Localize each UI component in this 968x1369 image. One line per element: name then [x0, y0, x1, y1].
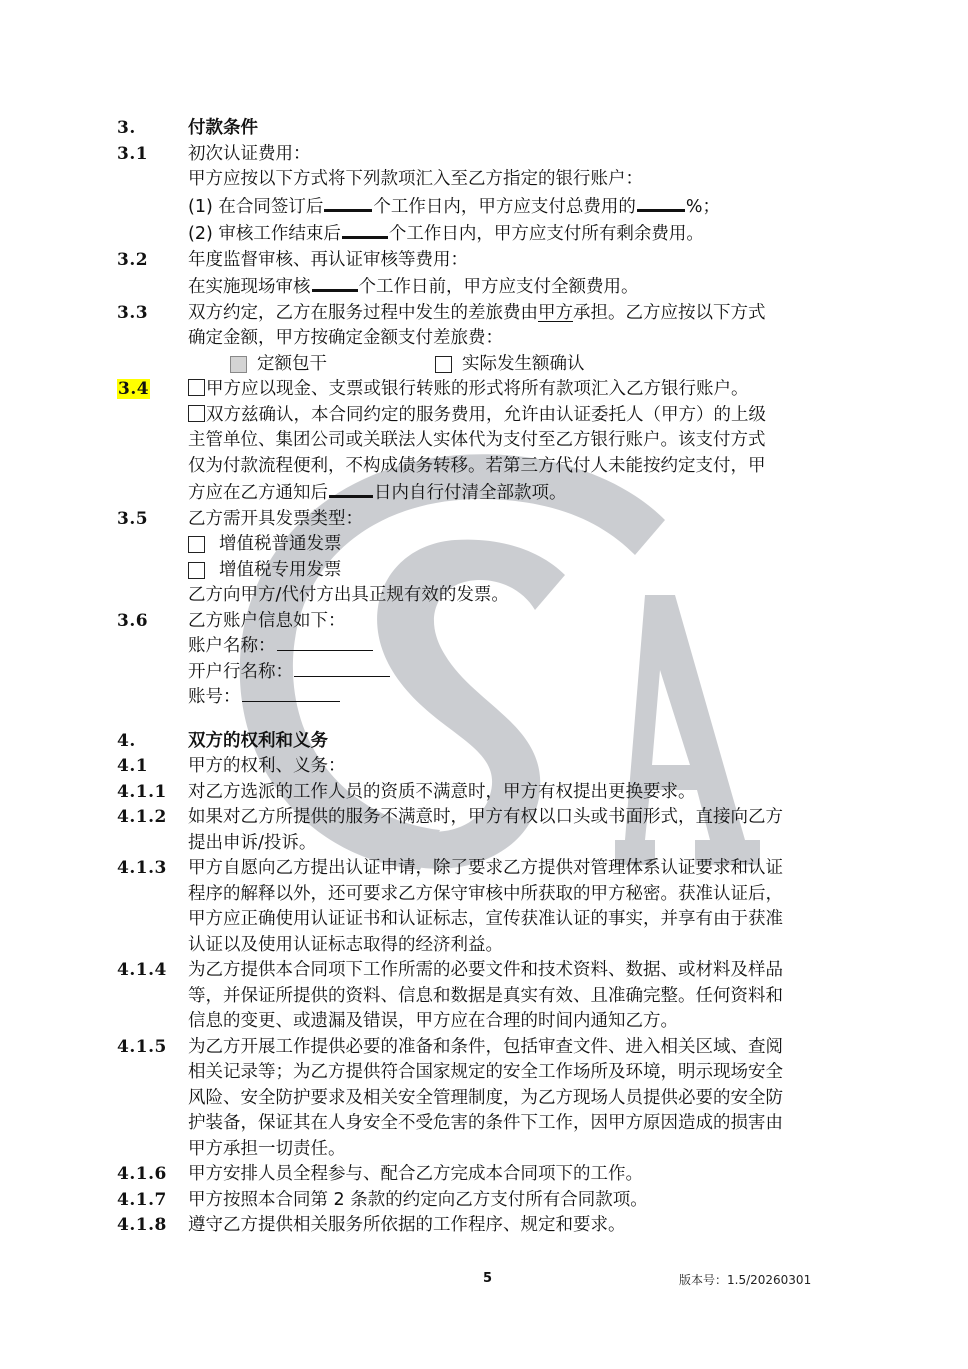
clause-text: 甲方安排人员全程参与、配合乙方完成本合同项下的工作。	[188, 1162, 857, 1188]
clause-number: 3.2	[117, 248, 188, 274]
list-item-continuation: 甲方应正确使用认证证书和认证标志，宣传获准认证的事实，并享有由于获准	[117, 907, 857, 933]
version-number: 版本号：1.5/20260301	[679, 1271, 811, 1288]
clause-text: 认证以及使用认证标志取得的经济利益。	[188, 933, 857, 959]
clause-number: 3.1	[117, 142, 188, 168]
clause-text: 风险、安全防护要求及相关安全管理制度，为乙方现场人员提供必要的安全防	[188, 1086, 857, 1112]
account-number-row: 账号：	[117, 685, 857, 711]
clause-3-5-note: 乙方向甲方/代付方出具正规有效的发票。	[117, 583, 857, 609]
clause-text: 遵守乙方提供相关服务所依据的工作程序、规定和要求。	[188, 1213, 857, 1239]
page-number: 5	[483, 1271, 492, 1286]
clause-number: 4.1.4	[117, 958, 188, 984]
clause-text: 信息的变更、或遗漏及错误，甲方应在合理的时间内通知乙方。	[188, 1009, 857, 1035]
clause-3-1-item-1: (1) 在合同签订后个工作日内，甲方应支付总费用的%；	[117, 193, 857, 221]
list-item-continuation: 风险、安全防护要求及相关安全管理制度，为乙方现场人员提供必要的安全防	[117, 1086, 857, 1112]
checkbox-icon[interactable]	[435, 356, 452, 373]
list-item-continuation: 护装备，保证其在人身安全不受危害的条件下工作，因甲方原因造成的损害由	[117, 1111, 857, 1137]
clause-3-3-line-2: 确定金额，甲方按确定金额支付差旅费：	[117, 326, 857, 352]
clause-3-1-intro: 甲方应按以下方式将下列款项汇入至乙方指定的银行账户：	[117, 167, 857, 193]
invoice-option-general[interactable]: 增值税普通发票	[117, 532, 857, 558]
clause-3-4-line: 方应在乙方通知后日内自行付清全部款项。	[117, 479, 857, 507]
blank-days-field[interactable]	[312, 273, 358, 292]
clause-3-4-option-2: 双方兹确认，本合同约定的服务费用，允许由认证委托人（甲方）的上级	[117, 403, 857, 429]
list-item-continuation: 等，并保证所提供的资料、信息和数据是真实有效、且准确完整。任何资料和	[117, 984, 857, 1010]
clause-3-1-item-2: (2) 审核工作结束后个工作日内，甲方应支付所有剩余费用。	[117, 220, 857, 248]
clause-number: 3.5	[117, 507, 188, 533]
document-body: 3. 付款条件 3.1 初次认证费用： 甲方应按以下方式将下列款项汇入至乙方指定…	[117, 116, 857, 1239]
clause-3-1: 3.1 初次认证费用：	[117, 142, 857, 168]
checkbox-icon[interactable]	[188, 405, 205, 422]
clause-text: 甲方自愿向乙方提出认证申请，除了要求乙方提供对管理体系认证要求和认证	[188, 856, 857, 882]
bank-name-field[interactable]	[294, 660, 390, 677]
clause-number: 4.1.6	[117, 1162, 188, 1188]
blank-days-field[interactable]	[324, 193, 372, 212]
clause-text: 等，并保证所提供的资料、信息和数据是真实有效、且准确完整。任何资料和	[188, 984, 857, 1010]
list-item: 4.1.6甲方安排人员全程参与、配合乙方完成本合同项下的工作。	[117, 1162, 857, 1188]
clause-number: 4.1.1	[117, 780, 188, 806]
clause-text: 如果对乙方所提供的服务不满意时，甲方有权以口头或书面形式，直接向乙方	[188, 805, 857, 831]
clause-text: 相关记录等；为乙方提供符合国家规定的安全工作场所及环境，明示现场安全	[188, 1060, 857, 1086]
list-item-continuation: 信息的变更、或遗漏及错误，甲方应在合理的时间内通知乙方。	[117, 1009, 857, 1035]
list-item: 4.1.3甲方自愿向乙方提出认证申请，除了要求乙方提供对管理体系认证要求和认证	[117, 856, 857, 882]
clause-number: 4.1.5	[117, 1035, 188, 1061]
clause-text: 提出申诉/投诉。	[188, 831, 857, 857]
section-title: 双方的权利和义务	[188, 729, 857, 755]
clause-4-1-items: 4.1.1对乙方选派的工作人员的资质不满意时，甲方有权提出更换要求。4.1.2如…	[117, 780, 857, 1239]
account-number-field[interactable]	[242, 685, 340, 702]
clause-number: 4.1	[117, 754, 188, 780]
clause-text: 对乙方选派的工作人员的资质不满意时，甲方有权提出更换要求。	[188, 780, 857, 806]
list-item-continuation: 相关记录等；为乙方提供符合国家规定的安全工作场所及环境，明示现场安全	[117, 1060, 857, 1086]
blank-days-field[interactable]	[342, 220, 388, 239]
clause-text: 护装备，保证其在人身安全不受危害的条件下工作，因甲方原因造成的损害由	[188, 1111, 857, 1137]
list-item: 4.1.7甲方按照本合同第 2 条款的约定向乙方支付所有合同款项。	[117, 1188, 857, 1214]
invoice-option-special[interactable]: 增值税专用发票	[117, 558, 857, 584]
clause-title: 乙方账户信息如下：	[188, 609, 857, 635]
list-item-continuation: 甲方承担一切责任。	[117, 1137, 857, 1163]
clause-title: 甲方的权利、义务：	[188, 754, 857, 780]
clause-3-4: 3.4 甲方应以现金、支票或银行转账的形式将所有款项汇入乙方银行账户。	[117, 377, 857, 403]
clause-text: 为乙方提供本合同项下工作所需的必要文件和技术资料、数据、或材料及样品	[188, 958, 857, 984]
clause-number: 3.6	[117, 609, 188, 635]
clause-3-5: 3.5 乙方需开具发票类型：	[117, 507, 857, 533]
section-title: 付款条件	[188, 116, 857, 142]
responsible-party: 甲方	[538, 303, 573, 323]
clause-title: 年度监督审核、再认证审核等费用：	[188, 248, 857, 274]
list-item: 4.1.5为乙方开展工作提供必要的准备和条件，包括审查文件、进入相关区域、查阅	[117, 1035, 857, 1061]
clause-text: 甲方按照本合同第 2 条款的约定向乙方支付所有合同款项。	[188, 1188, 857, 1214]
clause-3-3: 3.3 双方约定，乙方在服务过程中发生的差旅费由甲方承担。乙方应按以下方式	[117, 301, 857, 327]
checkbox-icon[interactable]	[188, 562, 205, 579]
clause-number: 4.1.2	[117, 805, 188, 831]
document-page: 3. 付款条件 3.1 初次认证费用： 甲方应按以下方式将下列款项汇入至乙方指定…	[0, 0, 968, 1369]
clause-text: 为乙方开展工作提供必要的准备和条件，包括审查文件、进入相关区域、查阅	[188, 1035, 857, 1061]
clause-title: 乙方需开具发票类型：	[188, 507, 857, 533]
clause-3-6: 3.6 乙方账户信息如下：	[117, 609, 857, 635]
clause-text: 程序的解释以外，还可要求乙方保守审核中所获取的甲方秘密。获准认证后，	[188, 882, 857, 908]
checkbox-icon[interactable]	[188, 379, 205, 396]
list-item-continuation: 提出申诉/投诉。	[117, 831, 857, 857]
list-item: 4.1.4为乙方提供本合同项下工作所需的必要文件和技术资料、数据、或材料及样品	[117, 958, 857, 984]
clause-3-2: 3.2 年度监督审核、再认证审核等费用：	[117, 248, 857, 274]
clause-number: 4.1.7	[117, 1188, 188, 1214]
clause-3-2-line: 在实施现场审核个工作日前，甲方应支付全额费用。	[117, 273, 857, 301]
checkbox-icon[interactable]	[188, 536, 205, 553]
account-name-field[interactable]	[277, 634, 373, 651]
list-item-continuation: 程序的解释以外，还可要求乙方保守审核中所获取的甲方秘密。获准认证后，	[117, 882, 857, 908]
clause-text: 甲方应正确使用认证证书和认证标志，宣传获准认证的事实，并享有由于获准	[188, 907, 857, 933]
list-item: 4.1.1对乙方选派的工作人员的资质不满意时，甲方有权提出更换要求。	[117, 780, 857, 806]
clause-3-4-line: 仅为付款流程便利，不构成债务转移。若第三方代付人未能按约定支付，甲	[117, 454, 857, 480]
blank-days-field[interactable]	[329, 479, 373, 498]
list-item: 4.1.2如果对乙方所提供的服务不满意时，甲方有权以口头或书面形式，直接向乙方	[117, 805, 857, 831]
bank-name-row: 开户行名称：	[117, 660, 857, 686]
clause-3-4-line: 主管单位、集团公司或关联法人实体代为支付至乙方银行账户。该支付方式	[117, 428, 857, 454]
option-actual-amount[interactable]: 实际发生额确认	[435, 352, 585, 378]
clause-3-3-options: 定额包干 实际发生额确认	[117, 352, 857, 378]
section-number: 3.	[117, 116, 188, 142]
clause-title: 初次认证费用：	[188, 142, 857, 168]
clause-number: 4.1.3	[117, 856, 188, 882]
account-name-row: 账户名称：	[117, 634, 857, 660]
clause-number: 3.3	[117, 301, 188, 327]
clause-text: 甲方承担一切责任。	[188, 1137, 857, 1163]
section-number: 4.	[117, 729, 188, 755]
checkbox-icon[interactable]	[230, 356, 247, 373]
blank-percent-field[interactable]	[637, 193, 685, 212]
clause-number: 4.1.8	[117, 1213, 188, 1239]
section-3-heading: 3. 付款条件	[117, 116, 857, 142]
section-4-heading: 4. 双方的权利和义务	[117, 729, 857, 755]
option-fixed-lump-sum[interactable]: 定额包干	[230, 352, 435, 378]
clause-4-1: 4.1 甲方的权利、义务：	[117, 754, 857, 780]
highlighted-clause-number: 3.4	[117, 379, 150, 399]
list-item-continuation: 认证以及使用认证标志取得的经济利益。	[117, 933, 857, 959]
list-item: 4.1.8遵守乙方提供相关服务所依据的工作程序、规定和要求。	[117, 1213, 857, 1239]
